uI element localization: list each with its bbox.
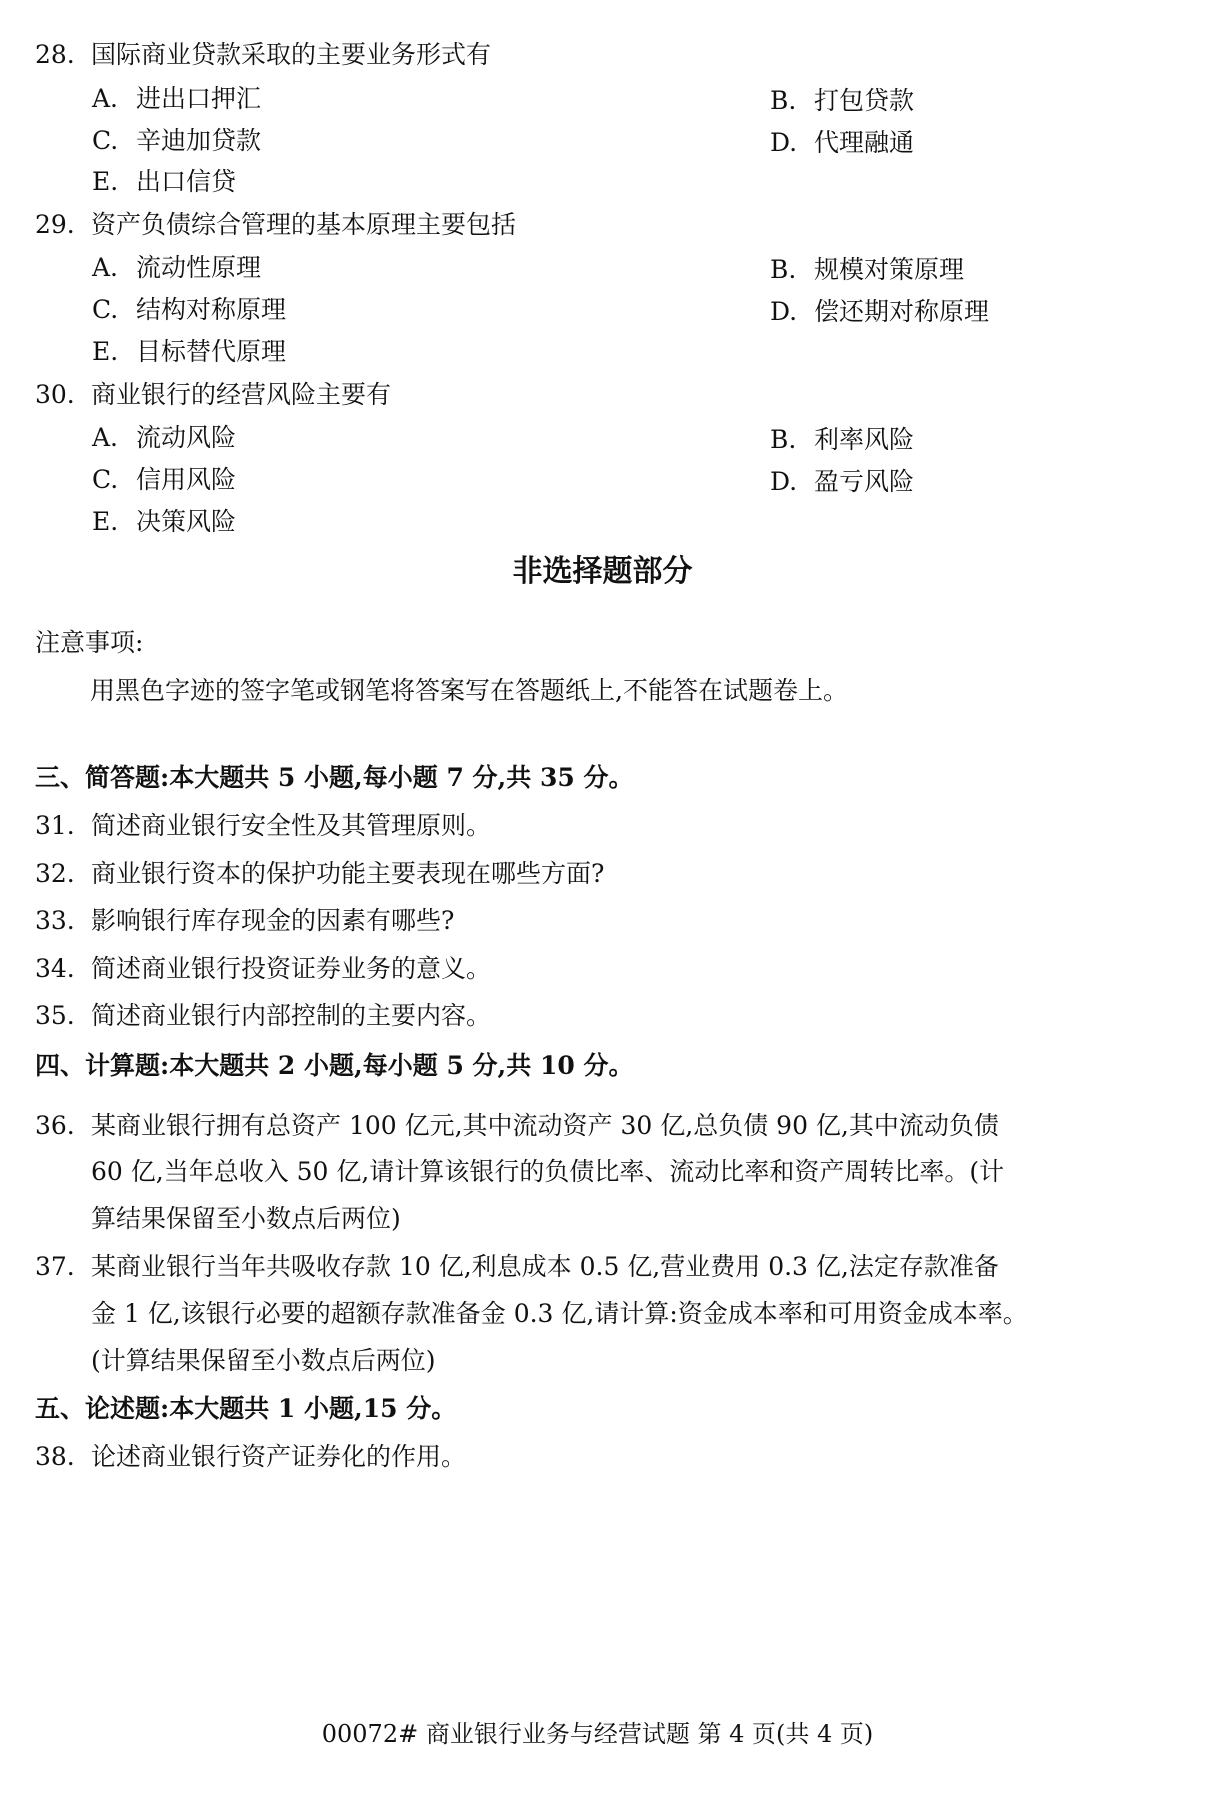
question-number: 32.	[35, 859, 91, 889]
question-number: 35.	[35, 1001, 91, 1031]
option-letter: D.	[770, 467, 814, 497]
option-text: 偿还期对称原理	[814, 297, 989, 326]
option-letter: A.	[92, 84, 136, 114]
question-text: 资产负债综合管理的基本原理主要包括	[91, 210, 516, 239]
option-30-e: E.决策风险	[92, 507, 236, 537]
question-text: 国际商业贷款采取的主要业务形式有	[91, 40, 491, 69]
question-37: 37.某商业银行当年共吸收存款 10 亿,利息成本 0.5 亿,营业费用 0.3…	[35, 1252, 999, 1282]
option-29-e: E.目标替代原理	[92, 337, 286, 367]
option-28-b: B.打包贷款	[770, 86, 914, 116]
question-text: 简述商业银行安全性及其管理原则。	[91, 811, 491, 840]
question-36-line-2: 60 亿,当年总收入 50 亿,请计算该银行的负债比率、流动比率和资产周转比率。…	[91, 1157, 1004, 1187]
question-number: 34.	[35, 954, 91, 984]
question-number: 31.	[35, 811, 91, 841]
option-text: 流动风险	[136, 423, 236, 452]
option-letter: C.	[92, 465, 136, 495]
question-number: 28.	[35, 40, 91, 70]
question-38: 38.论述商业银行资产证券化的作用。	[35, 1442, 466, 1472]
notice-text: 用黑色字迹的签字笔或钢笔将答案写在答题纸上,不能答在试题卷上。	[90, 676, 848, 706]
question-text: 简述商业银行内部控制的主要内容。	[91, 1001, 491, 1030]
question-number: 38.	[35, 1442, 91, 1472]
option-text: 出口信贷	[136, 167, 236, 196]
option-29-b: B.规模对策原理	[770, 255, 964, 285]
question-number: 29.	[35, 210, 91, 240]
option-30-d: D.盈亏风险	[770, 467, 914, 497]
option-letter: D.	[770, 297, 814, 327]
option-letter: E.	[92, 167, 136, 197]
option-text: 规模对策原理	[814, 255, 964, 284]
option-text: 结构对称原理	[136, 295, 286, 324]
question-33: 33.影响银行库存现金的因素有哪些?	[35, 906, 454, 936]
part-heading: 非选择题部分	[0, 557, 1205, 587]
question-36-line-3: 算结果保留至小数点后两位)	[91, 1204, 401, 1234]
option-text: 利率风险	[814, 425, 914, 454]
section-title-4: 四、计算题:本大题共 2 小题,每小题 5 分,共 10 分。	[35, 1051, 633, 1081]
option-text: 打包贷款	[814, 86, 914, 115]
question-text-line-1: 某商业银行拥有总资产 100 亿元,其中流动资产 30 亿,总负债 90 亿,其…	[91, 1111, 999, 1140]
option-text: 信用风险	[136, 465, 236, 494]
option-28-e: E.出口信贷	[92, 167, 236, 197]
question-text: 简述商业银行投资证券业务的意义。	[91, 954, 491, 983]
option-letter: C.	[92, 295, 136, 325]
option-28-d: D.代理融通	[770, 128, 914, 158]
option-29-c: C.结构对称原理	[92, 295, 286, 325]
question-text: 商业银行资本的保护功能主要表现在哪些方面?	[91, 859, 604, 888]
question-text: 影响银行库存现金的因素有哪些?	[91, 906, 454, 935]
part-heading-text: 非选择题部分	[513, 554, 693, 589]
option-letter: D.	[770, 128, 814, 158]
option-letter: C.	[92, 126, 136, 156]
option-text: 决策风险	[136, 507, 236, 536]
question-37-line-3: (计算结果保留至小数点后两位)	[91, 1346, 436, 1376]
option-29-d: D.偿还期对称原理	[770, 297, 989, 327]
option-letter: E.	[92, 507, 136, 537]
option-28-c: C.辛迪加贷款	[92, 126, 261, 156]
page-footer: 00072# 商业银行业务与经营试题 第 4 页(共 4 页)	[0, 1719, 1205, 1749]
option-letter: E.	[92, 337, 136, 367]
question-32: 32.商业银行资本的保护功能主要表现在哪些方面?	[35, 859, 604, 889]
section-title-5: 五、论述题:本大题共 1 小题,15 分。	[35, 1394, 456, 1424]
option-30-c: C.信用风险	[92, 465, 236, 495]
section-title-3: 三、简答题:本大题共 5 小题,每小题 7 分,共 35 分。	[35, 763, 633, 793]
question-35: 35.简述商业银行内部控制的主要内容。	[35, 1001, 491, 1031]
question-number: 37.	[35, 1252, 91, 1282]
question-31: 31.简述商业银行安全性及其管理原则。	[35, 811, 491, 841]
question-text: 论述商业银行资产证券化的作用。	[91, 1442, 466, 1471]
question-number: 30.	[35, 380, 91, 410]
question-text-line-1: 某商业银行当年共吸收存款 10 亿,利息成本 0.5 亿,营业费用 0.3 亿,…	[91, 1252, 999, 1281]
question-34: 34.简述商业银行投资证券业务的意义。	[35, 954, 491, 984]
footer-text: 00072# 商业银行业务与经营试题 第 4 页(共 4 页)	[322, 1720, 874, 1748]
option-letter: A.	[92, 253, 136, 283]
question-30: 30.商业银行的经营风险主要有	[35, 380, 391, 410]
question-number: 33.	[35, 906, 91, 936]
question-28: 28.国际商业贷款采取的主要业务形式有	[35, 40, 491, 70]
option-text: 辛迪加贷款	[136, 126, 261, 155]
question-29: 29.资产负债综合管理的基本原理主要包括	[35, 210, 516, 240]
option-letter: B.	[770, 255, 814, 285]
option-29-a: A.流动性原理	[92, 253, 261, 283]
option-30-a: A.流动风险	[92, 423, 236, 453]
notice-title: 注意事项:	[35, 628, 143, 658]
question-text: 商业银行的经营风险主要有	[91, 380, 391, 409]
option-letter: B.	[770, 425, 814, 455]
option-28-a: A.进出口押汇	[92, 84, 261, 114]
option-letter: B.	[770, 86, 814, 116]
option-text: 流动性原理	[136, 253, 261, 282]
option-text: 代理融通	[814, 128, 914, 157]
option-text: 进出口押汇	[136, 84, 261, 113]
option-text: 盈亏风险	[814, 467, 914, 496]
question-37-line-2: 金 1 亿,该银行必要的超额存款准备金 0.3 亿,请计算:资金成本率和可用资金…	[91, 1299, 1028, 1329]
option-text: 目标替代原理	[136, 337, 286, 366]
option-30-b: B.利率风险	[770, 425, 914, 455]
question-36: 36.某商业银行拥有总资产 100 亿元,其中流动资产 30 亿,总负债 90 …	[35, 1111, 999, 1141]
question-number: 36.	[35, 1111, 91, 1141]
option-letter: A.	[92, 423, 136, 453]
